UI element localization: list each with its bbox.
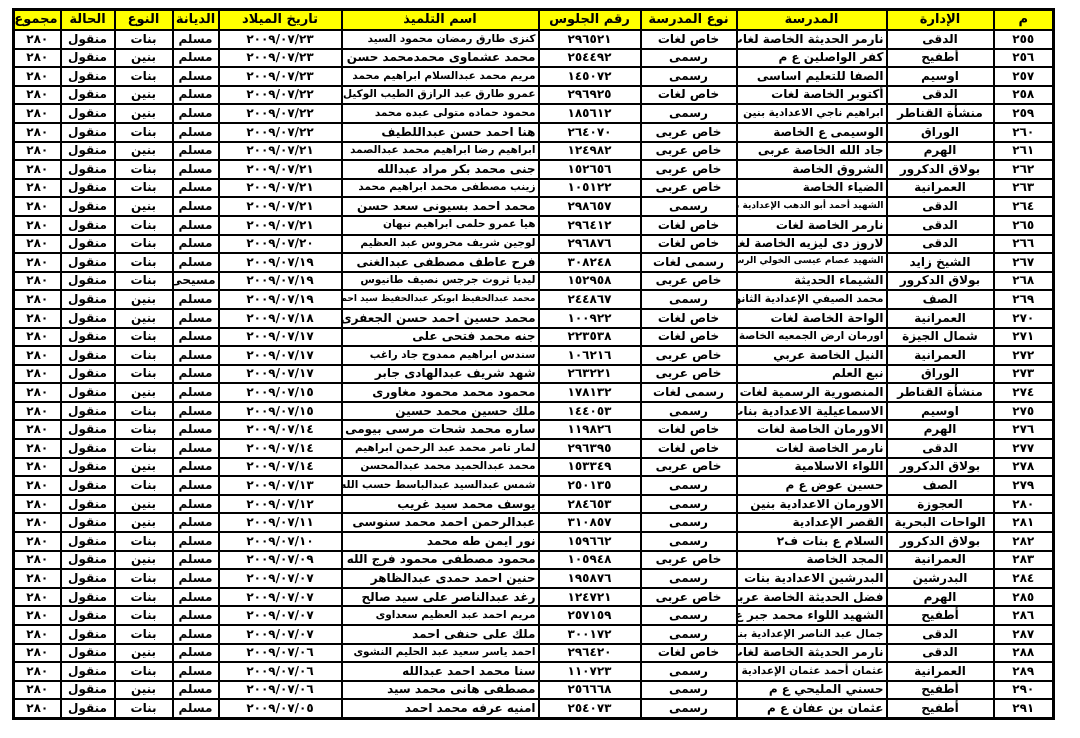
table-row: ٢٦١الهرمجاد الله الخاصة عربىخاص عربى١٢٤٩… [14, 142, 1054, 161]
cell-religion: مسلم [173, 532, 219, 551]
cell-seat_no: ٢٦٤٠٧٠ [539, 123, 641, 142]
cell-student_name: محمود محمد محمود مغاورى [342, 383, 539, 402]
cell-religion: مسلم [173, 699, 219, 718]
cell-index: ٢٦٩ [994, 290, 1054, 309]
cell-madrasa: المنصورية الرسمية لغات [737, 383, 887, 402]
cell-seat_no: ١٠٠٩٢٢ [539, 309, 641, 328]
cell-idara: العمرانية [887, 179, 994, 198]
table-row: ٢٧٠العمرانيةالواحة الخاصة لغاتخاص لغات١٠… [14, 309, 1054, 328]
cell-student_name: محمد عبدالحفيظ ابوبكر عبدالحفيظ سيد احمد [342, 290, 539, 309]
cell-status: منقول [61, 644, 115, 663]
cell-gender: بنين [115, 513, 173, 532]
cell-birth_date: ٢٠٠٩/٠٧/٠٦ [219, 662, 342, 681]
cell-madrasa: جمال عبد الناصر الإعدادية بنات [737, 625, 887, 644]
cell-madrasa: الشهيد اللواء محمد جبر ع م [737, 606, 887, 625]
cell-school_type: رسمى [641, 104, 737, 123]
cell-status: منقول [61, 197, 115, 216]
cell-religion: مسلم [173, 551, 219, 570]
cell-student_name: نور ايمن طه محمد [342, 532, 539, 551]
cell-idara: الوراق [887, 365, 994, 384]
cell-school_type: رسمى لغات [641, 383, 737, 402]
cell-student_name: سندس ابراهيم ممدوح جاد راغب [342, 346, 539, 365]
cell-seat_no: ٢٥٠١٣٥ [539, 476, 641, 495]
cell-birth_date: ٢٠٠٩/٠٧/١٤ [219, 458, 342, 477]
cell-idara: بولاق الدكرور [887, 160, 994, 179]
table-row: ٢٨٧الدقىجمال عبد الناصر الإعدادية بناترس… [14, 625, 1054, 644]
cell-total: ٢٨٠ [14, 551, 61, 570]
cell-birth_date: ٢٠٠٩/٠٧/٢١ [219, 160, 342, 179]
cell-index: ٢٦١ [994, 142, 1054, 161]
cell-school_type: رسمى [641, 625, 737, 644]
cell-madrasa: جاد الله الخاصة عربى [737, 142, 887, 161]
cell-total: ٢٨٠ [14, 123, 61, 142]
cell-index: ٢٥٥ [994, 30, 1054, 49]
cell-madrasa: نارمر الخاصة لغات [737, 216, 887, 235]
document-page: مالإدارةالمدرسةنوع المدرسةرقم الجلوساسم … [0, 0, 1080, 738]
cell-status: منقول [61, 383, 115, 402]
cell-madrasa: الاسماعيلية الاعدادية بنات [737, 402, 887, 421]
cell-idara: بولاق الدكرور [887, 458, 994, 477]
cell-seat_no: ١٥٩٦٦٢ [539, 532, 641, 551]
column-header-student_name: اسم التلميذ [342, 10, 539, 31]
cell-total: ٢٨٠ [14, 625, 61, 644]
cell-status: منقول [61, 625, 115, 644]
cell-school_type: خاص عربى [641, 365, 737, 384]
cell-gender: بنات [115, 216, 173, 235]
cell-gender: بنات [115, 439, 173, 458]
cell-student_name: محمود مصطفى محمود فرج الله [342, 551, 539, 570]
cell-madrasa: الاورمان الخاصة لغات [737, 420, 887, 439]
cell-religion: مسلم [173, 644, 219, 663]
cell-school_type: رسمى [641, 402, 737, 421]
cell-school_type: رسمى [641, 290, 737, 309]
cell-gender: بنات [115, 272, 173, 291]
cell-status: منقول [61, 513, 115, 532]
cell-birth_date: ٢٠٠٩/٠٧/٢١ [219, 142, 342, 161]
cell-gender: بنين [115, 197, 173, 216]
cell-total: ٢٨٠ [14, 699, 61, 718]
cell-index: ٢٩٠ [994, 681, 1054, 700]
cell-index: ٢٦٤ [994, 197, 1054, 216]
cell-status: منقول [61, 458, 115, 477]
cell-madrasa: حسين عوض ع م [737, 476, 887, 495]
cell-idara: أطفيح [887, 49, 994, 68]
cell-index: ٢٦٧ [994, 253, 1054, 272]
cell-total: ٢٨٠ [14, 569, 61, 588]
cell-madrasa: محمد الصيفي الإعدادية الثانوية [737, 290, 887, 309]
cell-school_type: خاص عربى [641, 160, 737, 179]
cell-religion: مسلم [173, 681, 219, 700]
cell-status: منقول [61, 160, 115, 179]
cell-madrasa: حسني المليحي ع م [737, 681, 887, 700]
cell-gender: بنين [115, 290, 173, 309]
cell-student_name: يوسف محمد سيد غريب [342, 495, 539, 514]
cell-gender: بنين [115, 86, 173, 105]
cell-gender: بنات [115, 328, 173, 347]
cell-school_type: خاص لغات [641, 86, 737, 105]
cell-student_name: شمس عبدالسيد عبدالباسط حسب الله [342, 476, 539, 495]
cell-total: ٢٨٠ [14, 160, 61, 179]
cell-madrasa: الاورمان الاعدادية بنين [737, 495, 887, 514]
table-row: ٢٨٣العمرانيةالمجد الخاصةخاص عربى١٠٥٩٤٨مح… [14, 551, 1054, 570]
cell-status: منقول [61, 86, 115, 105]
cell-student_name: رغد عبدالناصر على سيد صالح [342, 588, 539, 607]
cell-student_name: محمد عبدالحميد محمد عبدالمحسن [342, 458, 539, 477]
cell-total: ٢٨٠ [14, 67, 61, 86]
cell-religion: مسلم [173, 588, 219, 607]
cell-school_type: رسمى [641, 495, 737, 514]
cell-gender: بنين [115, 644, 173, 663]
cell-index: ٢٨٠ [994, 495, 1054, 514]
cell-index: ٢٦٥ [994, 216, 1054, 235]
table-row: ٢٦٦الدقىلاروز دى ليزيه الخاصة لغاتخاص لغ… [14, 235, 1054, 254]
table-row: ٢٨٨الدقىنارمر الحديثة الخاصة لغاتخاص لغا… [14, 644, 1054, 663]
cell-birth_date: ٢٠٠٩/٠٧/٢٣ [219, 67, 342, 86]
cell-seat_no: ٣١٠٨٥٧ [539, 513, 641, 532]
cell-religion: مسلم [173, 365, 219, 384]
cell-total: ٢٨٠ [14, 439, 61, 458]
table-row: ٢٧٦الهرمالاورمان الخاصة لغاتخاص لغات١١٩٨… [14, 420, 1054, 439]
cell-birth_date: ٢٠٠٩/٠٧/٢٠ [219, 235, 342, 254]
cell-idara: الشيخ زايد [887, 253, 994, 272]
cell-total: ٢٨٠ [14, 681, 61, 700]
cell-school_type: خاص عربى [641, 458, 737, 477]
cell-idara: العمرانية [887, 309, 994, 328]
cell-school_type: رسمى [641, 49, 737, 68]
cell-status: منقول [61, 309, 115, 328]
cell-idara: البدرشين [887, 569, 994, 588]
cell-student_name: هيا عمرو حلمى ابراهيم نبهان [342, 216, 539, 235]
cell-status: منقول [61, 588, 115, 607]
cell-birth_date: ٢٠٠٩/٠٧/١٩ [219, 253, 342, 272]
cell-total: ٢٨٠ [14, 458, 61, 477]
cell-total: ٢٨٠ [14, 328, 61, 347]
cell-madrasa: نارمر الحديثة الخاصة لغات [737, 30, 887, 49]
cell-student_name: ليديا ثروت جرجس نصيف طانيوس [342, 272, 539, 291]
cell-school_type: خاص عربى [641, 551, 737, 570]
table-row: ٢٦٧الشيخ زايدالشهيد عصام عيسى الخولي الر… [14, 253, 1054, 272]
cell-seat_no: ٢٩٨٦٥٧ [539, 197, 641, 216]
cell-birth_date: ٢٠٠٩/٠٧/٠٧ [219, 588, 342, 607]
cell-student_name: حنين احمد حمدى عبدالظاهر [342, 569, 539, 588]
cell-student_name: زينب مصطفى محمد ابراهيم محمد [342, 179, 539, 198]
table-row: ٢٨٥الهرمفضل الحديثة الخاصة عربىخاص عربى١… [14, 588, 1054, 607]
cell-school_type: رسمى [641, 513, 737, 532]
cell-student_name: محمد عشماوى محمدمحمد حسن [342, 49, 539, 68]
cell-religion: مسلم [173, 179, 219, 198]
cell-status: منقول [61, 681, 115, 700]
cell-religion: مسلم [173, 253, 219, 272]
cell-idara: شمال الجيزة [887, 328, 994, 347]
cell-total: ٢٨٠ [14, 662, 61, 681]
cell-total: ٢٨٠ [14, 142, 61, 161]
cell-index: ٢٨٢ [994, 532, 1054, 551]
cell-status: منقول [61, 179, 115, 198]
cell-religion: مسلم [173, 458, 219, 477]
cell-school_type: رسمى [641, 197, 737, 216]
cell-school_type: خاص لغات [641, 420, 737, 439]
cell-school_type: خاص عربى [641, 272, 737, 291]
cell-total: ٢٨٠ [14, 606, 61, 625]
cell-religion: مسلم [173, 142, 219, 161]
table-row: ٢٦٩الصفمحمد الصيفي الإعدادية الثانويةرسم… [14, 290, 1054, 309]
cell-birth_date: ٢٠٠٩/٠٧/١٧ [219, 365, 342, 384]
cell-birth_date: ٢٠٠٩/٠٧/١٠ [219, 532, 342, 551]
cell-total: ٢٨٠ [14, 197, 61, 216]
cell-idara: اوسيم [887, 67, 994, 86]
cell-seat_no: ١٥٣٣٤٩ [539, 458, 641, 477]
cell-total: ٢٨٠ [14, 383, 61, 402]
cell-index: ٢٨٦ [994, 606, 1054, 625]
cell-religion: مسلم [173, 67, 219, 86]
cell-birth_date: ٢٠٠٩/٠٧/١٤ [219, 420, 342, 439]
cell-student_name: جنى محمد بكر مراد عبدالله [342, 160, 539, 179]
cell-religion: مسلم [173, 235, 219, 254]
cell-religion: مسلم [173, 123, 219, 142]
cell-seat_no: ٢٥٧١٥٩ [539, 606, 641, 625]
cell-gender: بنات [115, 569, 173, 588]
cell-school_type: رسمى لغات [641, 253, 737, 272]
cell-birth_date: ٢٠٠٩/٠٧/١٩ [219, 290, 342, 309]
cell-religion: مسلم [173, 197, 219, 216]
cell-seat_no: ٢٥٤٠٧٣ [539, 699, 641, 718]
cell-index: ٢٦٣ [994, 179, 1054, 198]
cell-school_type: رسمى [641, 681, 737, 700]
table-row: ٢٨٢بولاق الدكرورالسلام ع بنات ف٢رسمى١٥٩٦… [14, 532, 1054, 551]
cell-gender: بنات [115, 235, 173, 254]
cell-status: منقول [61, 235, 115, 254]
cell-seat_no: ١٨٥٦١٢ [539, 104, 641, 123]
cell-madrasa: الشيماء الحديثة [737, 272, 887, 291]
cell-birth_date: ٢٠٠٩/٠٧/٠٥ [219, 699, 342, 718]
cell-total: ٢٨٠ [14, 179, 61, 198]
cell-status: منقول [61, 476, 115, 495]
column-header-school_type: نوع المدرسة [641, 10, 737, 31]
cell-status: منقول [61, 532, 115, 551]
cell-idara: العمرانية [887, 346, 994, 365]
cell-idara: الصف [887, 290, 994, 309]
cell-seat_no: ٢٢٣٥٣٨ [539, 328, 641, 347]
table-row: ٢٧٨بولاق الدكروراللواء الاسلاميةخاص عربى… [14, 458, 1054, 477]
cell-gender: بنين [115, 383, 173, 402]
cell-gender: بنات [115, 420, 173, 439]
cell-idara: الدقى [887, 235, 994, 254]
cell-status: منقول [61, 272, 115, 291]
cell-index: ٢٥٨ [994, 86, 1054, 105]
cell-school_type: رسمى [641, 476, 737, 495]
cell-index: ٢٧٨ [994, 458, 1054, 477]
cell-seat_no: ١١٠٧٢٣ [539, 662, 641, 681]
cell-gender: بنات [115, 588, 173, 607]
column-header-index: م [994, 10, 1054, 31]
cell-gender: بنين [115, 551, 173, 570]
cell-madrasa: لاروز دى ليزيه الخاصة لغات [737, 235, 887, 254]
cell-birth_date: ٢٠٠٩/٠٧/٠٦ [219, 644, 342, 663]
cell-gender: بنين [115, 681, 173, 700]
cell-madrasa: المجد الخاصة [737, 551, 887, 570]
cell-religion: مسلم [173, 309, 219, 328]
cell-gender: بنين [115, 104, 173, 123]
cell-total: ٢٨٠ [14, 216, 61, 235]
cell-index: ٢٥٩ [994, 104, 1054, 123]
cell-total: ٢٨٠ [14, 49, 61, 68]
cell-seat_no: ١٠٦٢١٦ [539, 346, 641, 365]
cell-birth_date: ٢٠٠٩/٠٧/١٧ [219, 346, 342, 365]
cell-gender: بنات [115, 476, 173, 495]
column-header-total: مجموع [14, 10, 61, 31]
cell-religion: مسلم [173, 495, 219, 514]
cell-idara: العمرانية [887, 662, 994, 681]
cell-status: منقول [61, 216, 115, 235]
cell-religion: مسلم [173, 513, 219, 532]
cell-religion: مسلم [173, 49, 219, 68]
cell-idara: الدقى [887, 86, 994, 105]
column-header-birth_date: تاريخ الميلاد [219, 10, 342, 31]
cell-idara: الدقى [887, 644, 994, 663]
cell-seat_no: ١١٩٨٢٦ [539, 420, 641, 439]
cell-madrasa: فضل الحديثة الخاصة عربى [737, 588, 887, 607]
cell-birth_date: ٢٠٠٩/٠٧/١٩ [219, 272, 342, 291]
cell-religion: مسلم [173, 606, 219, 625]
cell-index: ٢٨٣ [994, 551, 1054, 570]
cell-status: منقول [61, 699, 115, 718]
table-row: ٢٥٩منشأة القناطرابراهيم ناجي الاعدادية ب… [14, 104, 1054, 123]
cell-student_name: مريم احمد عبد العظيم سعداوى [342, 606, 539, 625]
cell-birth_date: ٢٠٠٩/٠٧/٢١ [219, 197, 342, 216]
column-header-gender: النوع [115, 10, 173, 31]
cell-madrasa: السلام ع بنات ف٢ [737, 532, 887, 551]
cell-status: منقول [61, 49, 115, 68]
cell-birth_date: ٢٠٠٩/٠٧/٠٦ [219, 681, 342, 700]
table-row: ٢٦٢بولاق الدكرورالشروق الخاصةخاص عربى١٥٢… [14, 160, 1054, 179]
cell-total: ٢٨٠ [14, 104, 61, 123]
cell-religion: مسلم [173, 383, 219, 402]
cell-gender: بنات [115, 253, 173, 272]
cell-school_type: خاص لغات [641, 216, 737, 235]
cell-birth_date: ٢٠٠٩/٠٧/١٣ [219, 476, 342, 495]
table-row: ٢٥٨الدقىأكتوبر الخاصة لغاتخاص لغات٢٩٦٩٢٥… [14, 86, 1054, 105]
cell-idara: العجوزة [887, 495, 994, 514]
cell-student_name: محمود حماده متولى عبده محمد [342, 104, 539, 123]
cell-idara: الدقى [887, 625, 994, 644]
cell-total: ٢٨٠ [14, 588, 61, 607]
cell-student_name: جنه محمد فتحى على [342, 328, 539, 347]
cell-idara: اوسيم [887, 402, 994, 421]
column-header-seat_no: رقم الجلوس [539, 10, 641, 31]
cell-student_name: محمد احمد بسيونى سعد حسن [342, 197, 539, 216]
cell-status: منقول [61, 30, 115, 49]
table-row: ٢٧١شمال الجيزةاورمان ارض الجمعيه الخاصة … [14, 328, 1054, 347]
cell-status: منقول [61, 67, 115, 86]
cell-school_type: رسمى [641, 67, 737, 86]
cell-idara: الهرم [887, 420, 994, 439]
cell-gender: بنات [115, 402, 173, 421]
cell-religion: مسلم [173, 420, 219, 439]
cell-madrasa: كفر الواصلين ع م [737, 49, 887, 68]
cell-index: ٢٨٧ [994, 625, 1054, 644]
cell-gender: بنين [115, 495, 173, 514]
cell-total: ٢٨٠ [14, 30, 61, 49]
cell-gender: بنات [115, 346, 173, 365]
cell-gender: بنات [115, 606, 173, 625]
cell-religion: مسلم [173, 86, 219, 105]
cell-religion: مسلم [173, 625, 219, 644]
cell-idara: منشأة القناطر [887, 383, 994, 402]
table-row: ٢٥٧اوسيمالصفا للتعليم اساسىرسمى١٤٥٠٧٢مري… [14, 67, 1054, 86]
cell-student_name: لمار تامر محمد عبد الرحمن ابراهيم [342, 439, 539, 458]
cell-index: ٢٨٤ [994, 569, 1054, 588]
cell-birth_date: ٢٠٠٩/٠٧/١٢ [219, 495, 342, 514]
cell-school_type: رسمى [641, 699, 737, 718]
cell-gender: بنات [115, 365, 173, 384]
cell-religion: مسلم [173, 104, 219, 123]
cell-total: ٢٨٠ [14, 402, 61, 421]
cell-madrasa: ابراهيم ناجي الاعدادية بنين [737, 104, 887, 123]
cell-index: ٢٦٨ [994, 272, 1054, 291]
cell-gender: بنات [115, 699, 173, 718]
cell-birth_date: ٢٠٠٩/٠٧/٠٩ [219, 551, 342, 570]
cell-madrasa: اورمان ارض الجمعيه الخاصة لغات [737, 328, 887, 347]
cell-school_type: خاص لغات [641, 644, 737, 663]
cell-status: منقول [61, 346, 115, 365]
cell-seat_no: ١٠٥١٢٢ [539, 179, 641, 198]
cell-seat_no: ٢٩٦٥٢١ [539, 30, 641, 49]
table-row: ٢٨٤البدرشينالبدرشين الاعدادية بناترسمى١٩… [14, 569, 1054, 588]
cell-religion: مسلم [173, 328, 219, 347]
table-row: ٢٧٥اوسيمالاسماعيلية الاعدادية بناترسمى١٤… [14, 402, 1054, 421]
cell-school_type: خاص عربى [641, 179, 737, 198]
cell-seat_no: ١٥٢٦٥٦ [539, 160, 641, 179]
cell-idara: الدقى [887, 197, 994, 216]
table-row: ٢٦٠الوراقالوسيمى ع الخاصةخاص عربى٢٦٤٠٧٠ه… [14, 123, 1054, 142]
cell-school_type: خاص لغات [641, 235, 737, 254]
cell-school_type: خاص عربى [641, 588, 737, 607]
cell-total: ٢٨٠ [14, 86, 61, 105]
cell-total: ٢٨٠ [14, 513, 61, 532]
cell-index: ٢٨٥ [994, 588, 1054, 607]
cell-religion: مسيحى [173, 272, 219, 291]
cell-school_type: خاص لغات [641, 30, 737, 49]
cell-total: ٢٨٠ [14, 346, 61, 365]
cell-madrasa: النيل الخاصة عربي [737, 346, 887, 365]
cell-birth_date: ٢٠٠٩/٠٧/٢٣ [219, 49, 342, 68]
cell-seat_no: ٢٥٦٦٦٨ [539, 681, 641, 700]
cell-idara: الدقى [887, 30, 994, 49]
cell-school_type: رسمى [641, 606, 737, 625]
cell-student_name: احمد ياسر سعيد عبد الحليم النشوى [342, 644, 539, 663]
cell-birth_date: ٢٠٠٩/٠٧/١٥ [219, 402, 342, 421]
cell-seat_no: ٢٩٦٣٩٥ [539, 439, 641, 458]
cell-seat_no: ٢٨٤٦٥٣ [539, 495, 641, 514]
cell-seat_no: ١٩٥٨٧٦ [539, 569, 641, 588]
cell-birth_date: ٢٠٠٩/٠٧/٠٧ [219, 569, 342, 588]
cell-idara: الصف [887, 476, 994, 495]
cell-birth_date: ٢٠٠٩/٠٧/١٥ [219, 383, 342, 402]
cell-total: ٢٨٠ [14, 420, 61, 439]
column-header-idara: الإدارة [887, 10, 994, 31]
cell-status: منقول [61, 662, 115, 681]
cell-madrasa: عثمان بن عفان ع م [737, 699, 887, 718]
cell-madrasa: نارمر الحديثة الخاصة لغات [737, 644, 887, 663]
table-row: ٢٦٤الدقىالشهيد أحمد أبو الدهب الإعدادية … [14, 197, 1054, 216]
cell-status: منقول [61, 365, 115, 384]
cell-index: ٢٧٤ [994, 383, 1054, 402]
cell-gender: بنات [115, 662, 173, 681]
cell-madrasa: الضياء الخاصة [737, 179, 887, 198]
cell-total: ٢٨٠ [14, 290, 61, 309]
cell-seat_no: ١٧٨١٣٢ [539, 383, 641, 402]
table-row: ٢٧٧الدقىنارمر الخاصة لغاتخاص لغات٢٩٦٣٩٥ل… [14, 439, 1054, 458]
